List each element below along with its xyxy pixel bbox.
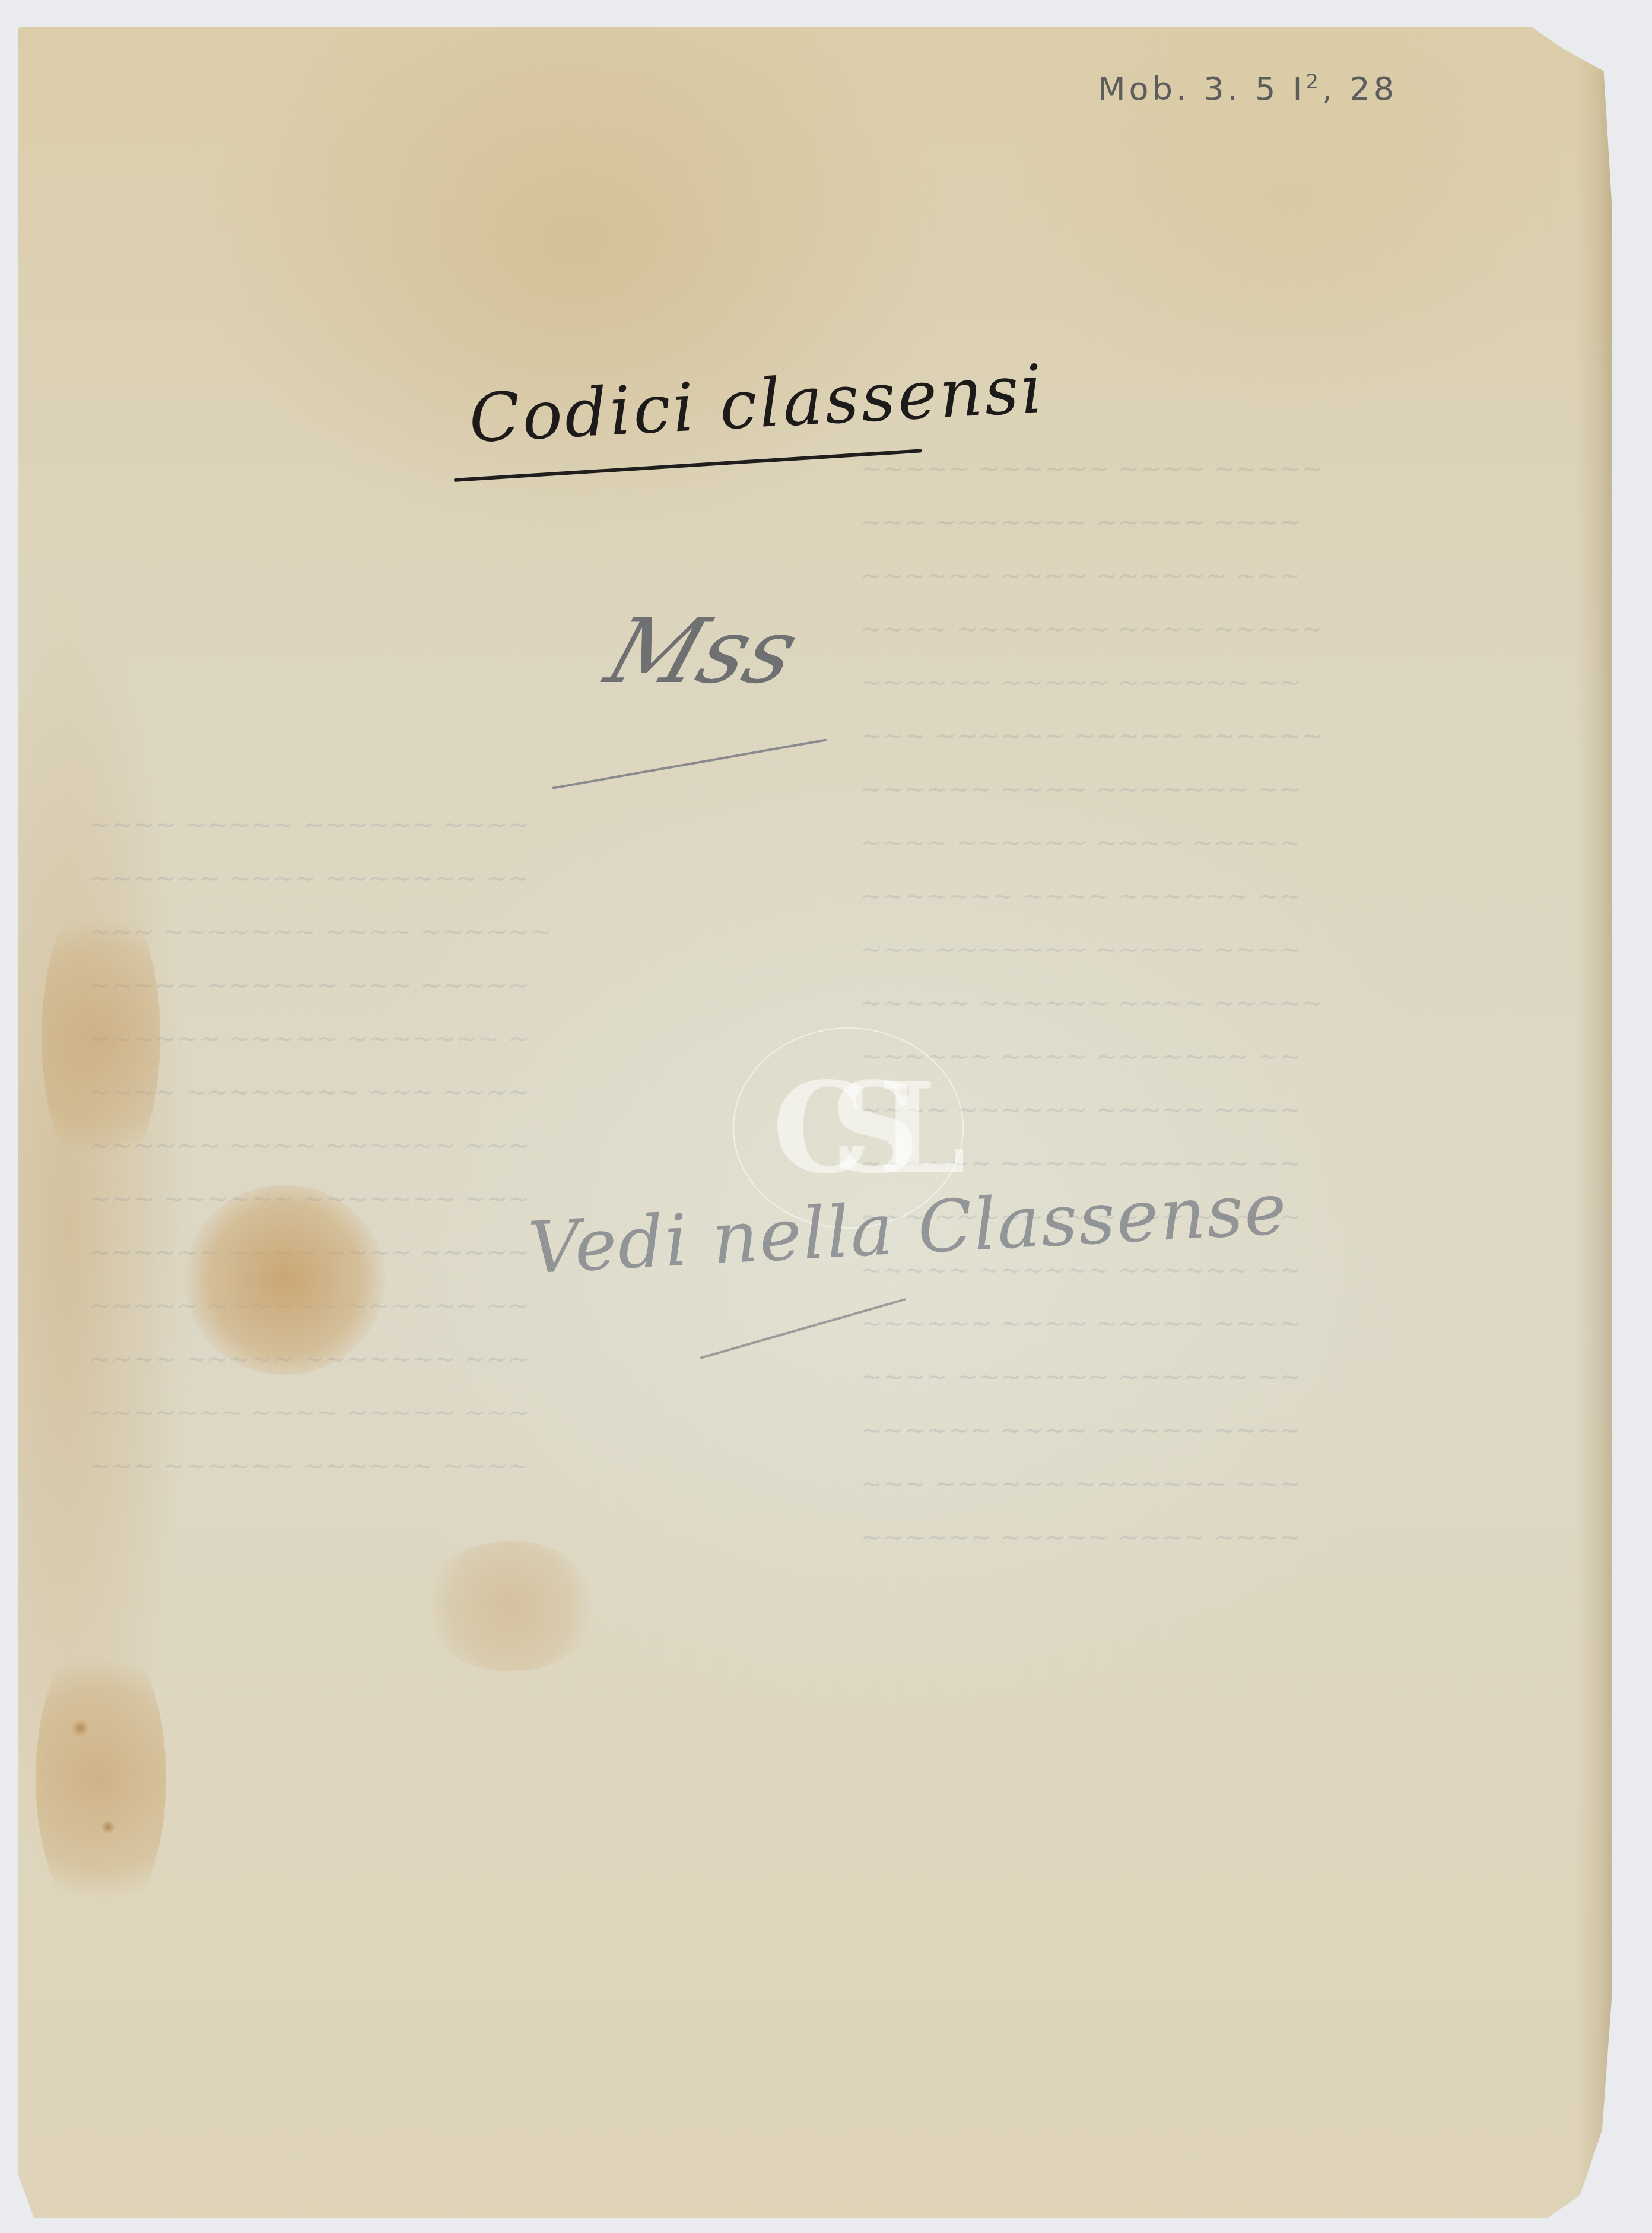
edge-stain-left (42, 888, 160, 1185)
edge-stain-lower-left (36, 1630, 166, 1927)
stain-center-left (421, 1541, 599, 1671)
bleed-through-left: ~~~~ ~~~~~ ~~~~~~ ~~~~ ~~~~~~ ~~~~ ~~~~~… (89, 799, 551, 1493)
water-stain (184, 1185, 386, 1375)
shelfmark: Mob. 3. 5 I2, 28 (1098, 70, 1397, 107)
pencil-underline-mss (552, 738, 827, 789)
bleed-through-right: ~~~~~ ~~~~~~ ~~~~ ~~~~~ ~~~ ~~~~~~~ ~~~~… (860, 443, 1323, 1565)
shelfmark-suffix: , 28 (1322, 70, 1397, 107)
foxing-spot (71, 1719, 89, 1737)
watermark-monogram: CSL (772, 1055, 924, 1201)
foxing-spot (101, 1820, 115, 1834)
shelfmark-superscript: 2 (1305, 70, 1322, 94)
pencil-mss-label: Mss (595, 600, 811, 703)
page-spine-edge (1576, 27, 1612, 2218)
document-title: Codici classensi (467, 351, 1046, 458)
manuscript-page: ~~~~ ~~~~~ ~~~~~~ ~~~~ ~~~~~~ ~~~~ ~~~~~… (18, 27, 1612, 2218)
shelfmark-roman: I (1292, 70, 1305, 107)
shelfmark-prefix: Mob. 3. 5 (1098, 70, 1279, 107)
